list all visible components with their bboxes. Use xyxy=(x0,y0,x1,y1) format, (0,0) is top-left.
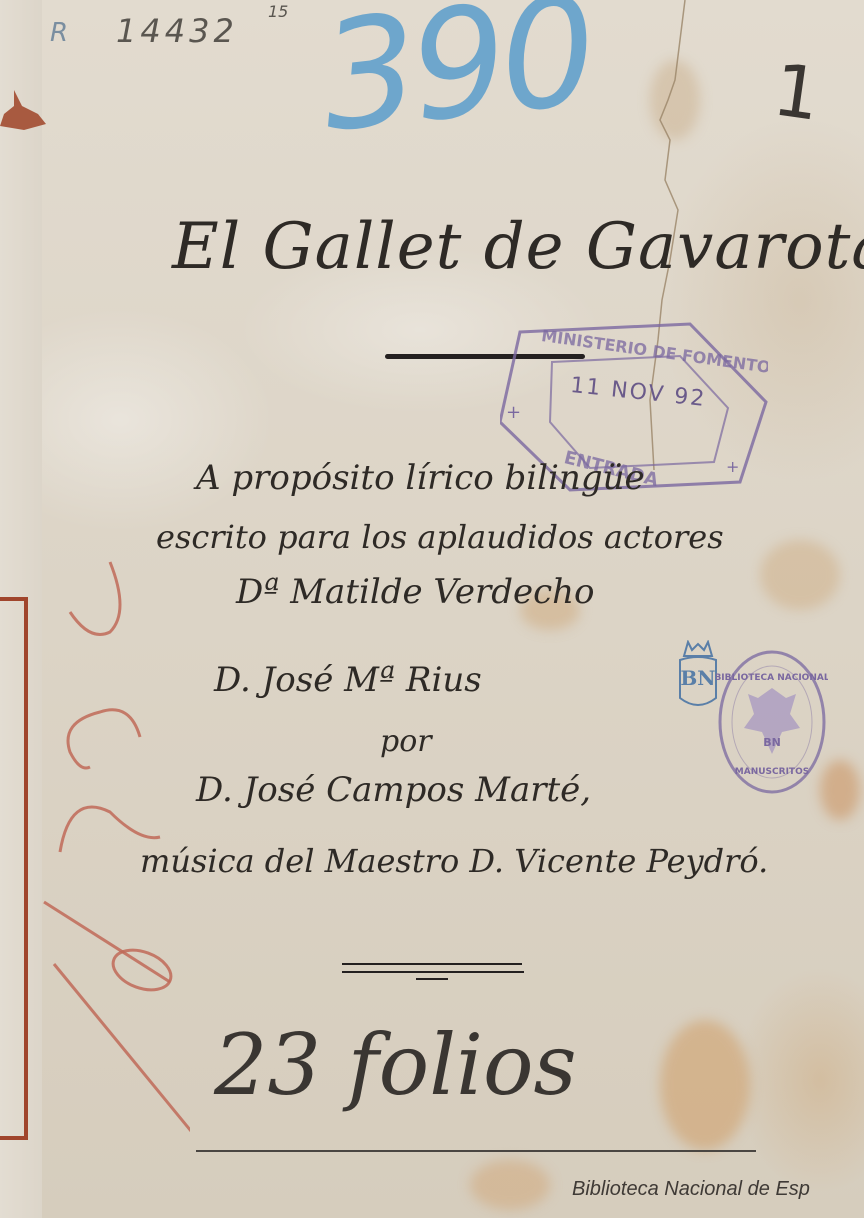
subtitle-line: A propósito lírico bilingüe xyxy=(196,458,645,498)
blue-catalog-number: 390 xyxy=(315,0,598,154)
folio-count: 23 folios xyxy=(214,1016,577,1114)
folio-underline xyxy=(196,1150,756,1152)
double-rule-bottom xyxy=(342,971,524,973)
dedication-line: escrito para los aplaudidos actores xyxy=(156,518,724,556)
stain xyxy=(660,1020,750,1150)
actress-name: Dª Matilde Verdecho xyxy=(236,572,595,612)
binding-string-icon xyxy=(0,84,52,136)
double-rule-accent xyxy=(416,978,448,980)
actor-name: D. José Mª Rius xyxy=(214,660,482,700)
library-stamp-top-text: BIBLIOTECA NACIONAL xyxy=(716,673,828,683)
red-crayon-number xyxy=(30,552,190,1152)
svg-text:+: + xyxy=(726,457,739,476)
shelfmark-superscript: 15 xyxy=(268,2,288,21)
stain xyxy=(760,540,840,610)
double-rule-top xyxy=(342,963,522,965)
shelfmark-number: 14432 xyxy=(116,12,238,50)
document-title: El Gallet de Gavarota xyxy=(172,210,864,284)
ministry-stamp-top-text: MINISTERIO DE FOMENTO xyxy=(540,326,768,377)
bn-monogram-stamp: BN xyxy=(674,640,722,716)
binding-thread xyxy=(0,597,28,1140)
manuscript-page: R 14432 15 390 1 El Gallet de Gavarota M… xyxy=(0,0,864,1218)
library-manuscripts-stamp: BIBLIOTECA NACIONAL BN MANUSCRITOS xyxy=(716,648,828,796)
library-stamp-center-text: BN xyxy=(763,736,781,749)
page-number: 1 xyxy=(768,47,825,137)
svg-text:+: + xyxy=(506,402,521,423)
bn-monogram-text: BN xyxy=(678,666,718,690)
stain xyxy=(470,1160,550,1210)
library-stamp-bottom-text: MANUSCRITOS xyxy=(735,767,809,777)
composer-line: música del Maestro D. Vicente Peydró. xyxy=(140,842,768,880)
by-line: por xyxy=(380,724,432,759)
shelfmark-prefix: R xyxy=(50,18,68,48)
library-watermark: Biblioteca Nacional de Esp xyxy=(572,1178,810,1201)
author-name: D. José Campos Marté, xyxy=(196,770,591,810)
